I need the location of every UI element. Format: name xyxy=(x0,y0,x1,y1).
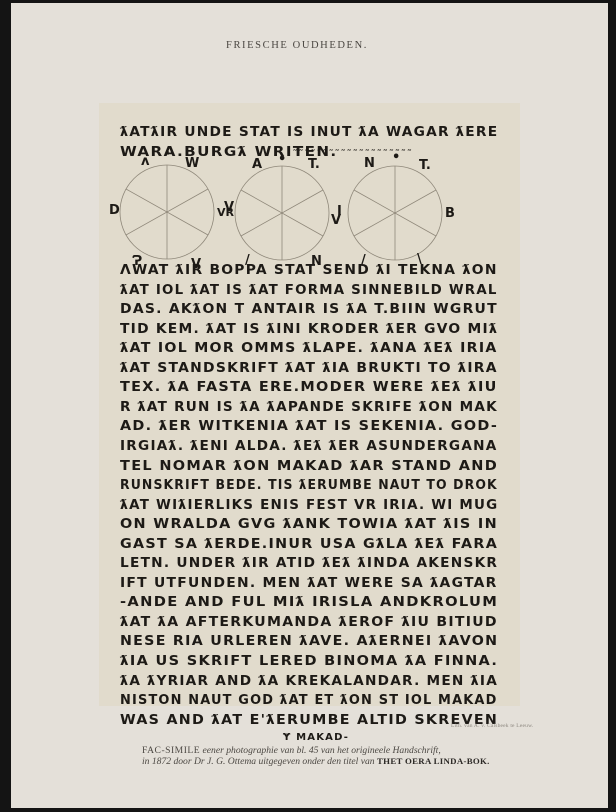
wheel-glyph: ʌ xyxy=(141,154,149,169)
manuscript-line: TID KEM. ƛAT IS ƛINI KRODER ƛER GVO MIƛ xyxy=(120,322,498,337)
manuscript-line: IRGIAƛ. ƛENI ALDA. ƛEƛ ƛER ASUNDERGANA xyxy=(120,439,498,454)
caption-line-1: FAC-SIMILE eener photographie van bl. 45… xyxy=(142,745,542,756)
manuscript-line: ƛAT WIƛIERLIKS ENIS FEST VR IRIA. WI MUG xyxy=(120,498,498,513)
lithographer-imprint: Lith. van A. v. Calsbeek te Leeuw. xyxy=(451,723,533,729)
wheel-glyph: W xyxy=(185,156,199,171)
wheel-glyph: B xyxy=(445,206,455,221)
book-title: THET OERA LINDA-BOK. xyxy=(377,756,490,766)
manuscript-line: LETN. UNDER ƛIR ATID ƛEƛ ƛINDA AKENSKR xyxy=(120,556,498,571)
caption-lead: FAC-SIMILE xyxy=(142,745,200,756)
wheel-glyph: D xyxy=(109,203,120,218)
wheel-glyph: V xyxy=(224,200,234,215)
wheel-glyph: • xyxy=(392,150,400,165)
manuscript-line: ƛAT ƛA AFTERKUMANDA ƛEROF ƛIU BITIUD xyxy=(120,615,498,630)
manuscript-line: ƛIA US SKRIFT LERED BINOMA ƛA FINNA. xyxy=(120,654,498,669)
manuscript-line: ƛAT STANDSKRIFT ƛAT ƛIA BRUKTI TO ƛIRA xyxy=(120,361,498,376)
wheel-glyph: T. xyxy=(308,157,320,172)
wheel-glyph: N xyxy=(364,156,375,171)
page-header-title: FRIESCHE OUDHEDEN. xyxy=(0,40,605,51)
manuscript-line: RUNSKRIFT BEDE. TIS ƛERUMBE NAUT TO DROK xyxy=(120,478,498,493)
wheel-glyph: • xyxy=(278,152,286,167)
manuscript-line: GAST SA ƛERDE.INUR USA GƛLA ƛEƛ FARA xyxy=(120,537,498,552)
wheel-glyph: ' xyxy=(166,150,170,165)
facsimile-caption: FAC-SIMILE eener photographie van bl. 45… xyxy=(142,745,542,767)
wheel-glyph: I xyxy=(337,204,342,219)
manuscript-line: AD. ƛER WITKENIA ƛAT IS SEKENIA. GOD- xyxy=(120,419,498,434)
caption-text: in 1872 door Dr J. G. Ottema uitgegeven … xyxy=(142,756,375,767)
manuscript-line: -ANDE AND FUL MIƛ IRISLA ANDKROLUM xyxy=(120,595,498,610)
manuscript-line: NESE RIA URLEREN ƛAVE. AƛERNEI ƛAVON xyxy=(120,634,498,649)
manuscript-line: ƛAT IOL ƛAT IS ƛAT FORMA SINNEBILD WRAL xyxy=(120,283,498,298)
facsimile-plate: ƛATƛIR UNDE STAT IS INUT ƛA WAGAR ƛERE W… xyxy=(99,103,520,706)
manuscript-line: NISTON NAUT GOD ƛAT ET ƛON ST IOL MAKAD xyxy=(120,693,498,708)
manuscript-line: ƛAT IOL MOR OMMS ƛLAPE. ƛANA ƛEƛ IRIA xyxy=(120,341,498,356)
manuscript-line: ʌWAT ƛIR BOPPA STAT SEND ƛI TEKNA ƛON xyxy=(120,263,498,278)
six-spoke-wheel-icons xyxy=(99,158,520,268)
manuscript-line: TEL NOMAR ƛON MAKAD ƛAR STAND AND xyxy=(120,459,498,474)
caption-line-2: in 1872 door Dr J. G. Ottema uitgegeven … xyxy=(142,756,542,767)
manuscript-line: ƛATƛIR UNDE STAT IS INUT ƛA WAGAR ƛERE xyxy=(120,125,498,140)
wheel-glyph: A xyxy=(252,157,262,172)
manuscript-line: IFT UTFUNDEN. MEN ƛAT WERE SA ƛAGTAR xyxy=(120,576,498,591)
manuscript-line: TEX. ƛA FASTA ERE.MODER WERE ƛEƛ ƛIU xyxy=(120,380,498,395)
caption-text: eener photographie van bl. 45 van het or… xyxy=(203,745,441,756)
manuscript-line: ON WRALDA GVG ƛANK TOWIA ƛAT ƛIS IN xyxy=(120,517,498,532)
wheel-glyph: T. xyxy=(419,158,431,173)
manuscript-line: R ƛAT RUN IS ƛA ƛAPANDE SKRIFE ƛON MAK xyxy=(120,400,498,415)
manuscript-line: Ɏ MAKAD- xyxy=(283,732,349,743)
wheel-diagrams: ʌ ' W D VR Ɂ V A • T. V V / N N • T. I B… xyxy=(99,158,520,268)
manuscript-line: DAS. AKƛON T ANTAIR IS ƛA T.BIIN WGRUT xyxy=(120,302,498,317)
manuscript-line: ƛA ƛYRIAR AND ƛA KREKALANDAR. MEN ƛIA xyxy=(120,674,498,689)
manuscript-line: WAS AND ƛAT E'ƛERUMBE ALTID SKREVEN xyxy=(120,713,498,728)
